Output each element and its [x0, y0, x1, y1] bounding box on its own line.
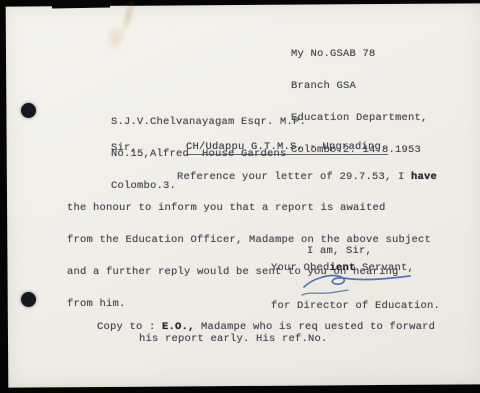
department-line: Education Department, — [291, 113, 428, 124]
salutation: Sir, — [111, 143, 137, 154]
closing-i-am: I am, Sir, — [307, 246, 372, 257]
closing-for-director: for Director of Education. — [271, 301, 440, 312]
body-line-3: from the Education Officer, Madampe on t… — [67, 235, 431, 246]
signature-ink — [296, 270, 416, 302]
subject-line: CH/Udappu G.T.M.S. - Upgrading. — [186, 142, 388, 155]
recipient-name-line: S.J.V.Chelvanayagam Esqr. M.P. — [111, 117, 306, 128]
ref-number-line: My No.GSAB 78 — [291, 49, 428, 60]
copy-to-line-2: his report early. His ref.No. — [139, 334, 328, 345]
signature-underline-stroke — [302, 290, 348, 295]
copy-to-prefix: Copy to : — [97, 321, 162, 333]
copy-to-rest: Madampe who is req uested to forward — [195, 321, 436, 333]
branch-line: Branch GSA — [291, 81, 428, 92]
punch-hole-top — [21, 103, 36, 118]
punch-hole-bottom — [21, 292, 36, 307]
scanned-letter-photo: { "colors": { "background": "#050505", "… — [0, 0, 480, 393]
copy-to-bold-eo: E.O., — [162, 321, 195, 333]
body-line-2: the honour to inform you that a report i… — [67, 203, 431, 214]
copy-to-line-1: Copy to : E.O., Madampe who is req ueste… — [97, 322, 435, 333]
signature-main-stroke — [304, 276, 410, 287]
body-line-1: Reference your letter of 29.7.53, I have — [177, 172, 437, 183]
